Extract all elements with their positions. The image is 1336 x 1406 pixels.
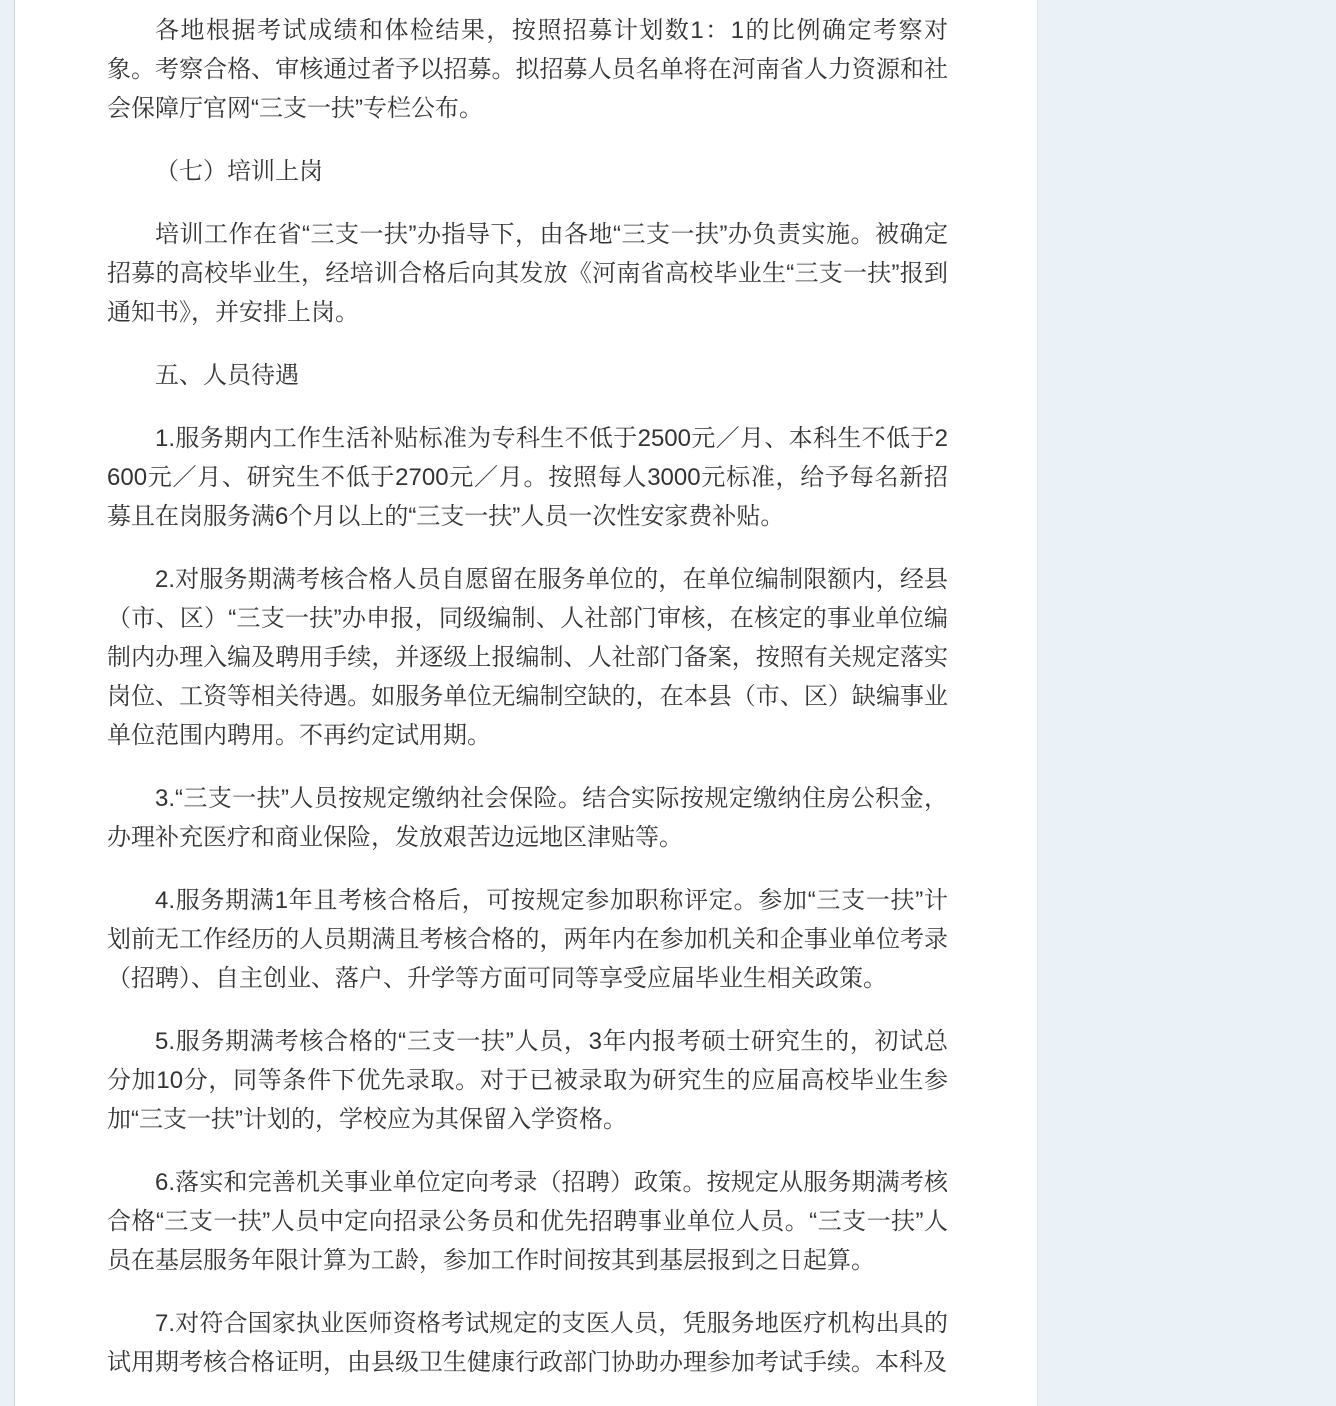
paragraph: 培训工作在省“三支一扶”办指导下，由各地“三支一扶”办负责实施。被确定招募的高校…	[107, 215, 948, 332]
paragraph: 4.服务期满1年且考核合格后，可按规定参加职称评定。参加“三支一扶”计划前无工作…	[107, 881, 948, 998]
paragraph: 3.“三支一扶”人员按规定缴纳社会保险。结合实际按规定缴纳住房公积金，办理补充医…	[107, 779, 948, 857]
article-panel: 各地根据考试成绩和体检结果，按照招募计划数1：1的比例确定考察对象。考察合格、审…	[14, 0, 1038, 1380]
paragraph: 6.落实和完善机关事业单位定向考录（招聘）政策。按规定从服务期满考核合格“三支一…	[107, 1163, 948, 1280]
paragraph: 1.服务期内工作生活补贴标准为专科生不低于2500元／月、本科生不低于2600元…	[107, 419, 948, 536]
paragraph: 7.对符合国家执业医师资格考试规定的支医人员，凭服务地医疗机构出具的试用期考核合…	[107, 1304, 948, 1380]
paragraph: 5.服务期满考核合格的“三支一扶”人员，3年内报考硕士研究生的，初试总分加10分…	[107, 1022, 948, 1139]
paragraph: 2.对服务期满考核合格人员自愿留在服务单位的，在单位编制限额内，经县（市、区）“…	[107, 560, 948, 755]
article-content: 各地根据考试成绩和体检结果，按照招募计划数1：1的比例确定考察对象。考察合格、审…	[15, 0, 1037, 1380]
paragraph: 各地根据考试成绩和体检结果，按照招募计划数1：1的比例确定考察对象。考察合格、审…	[107, 11, 948, 128]
section-heading: （七）培训上岗	[107, 152, 948, 191]
page-background: { "page": { "background_color": "#ebf2f7…	[0, 0, 1336, 1380]
section-heading: 五、人员待遇	[107, 356, 948, 395]
